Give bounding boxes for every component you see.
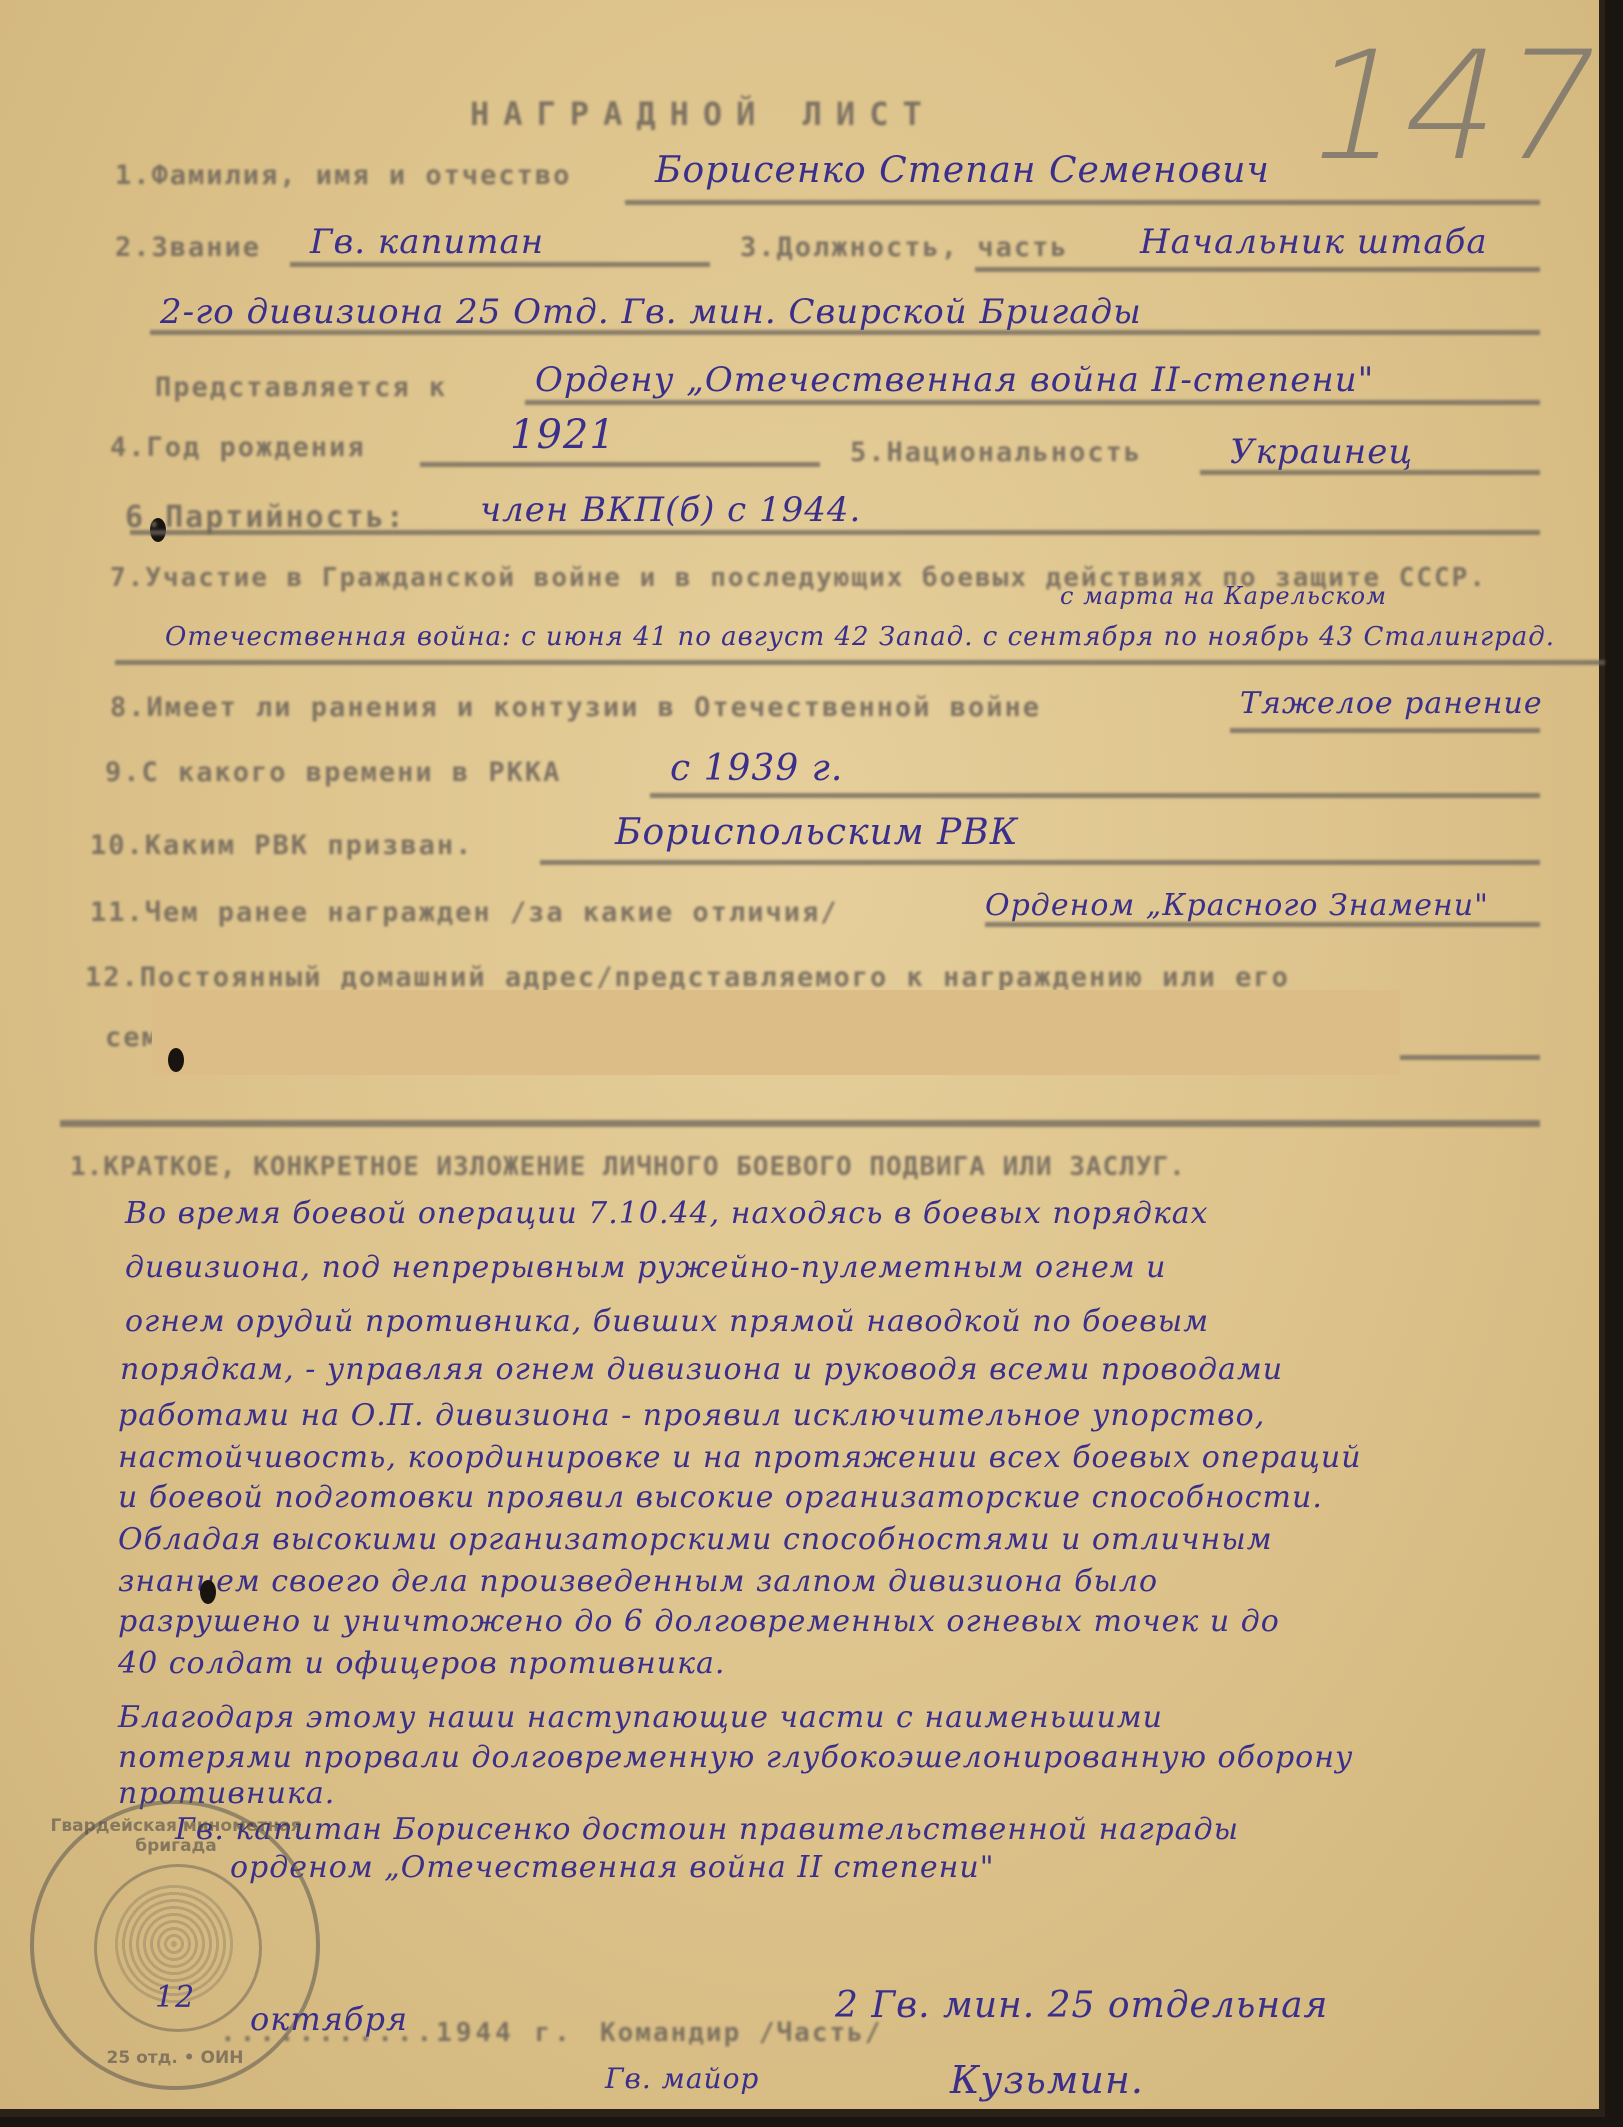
narrative-line: знанием своего дела произведенным залпом… — [118, 1564, 1158, 1599]
narrative-line: 40 солдат и офицеров противника. — [118, 1646, 725, 1681]
field-10-label: 10.Каким РВК призван. — [90, 830, 473, 861]
narrative-line: Гв. капитан Борисенко достоин правительс… — [175, 1812, 1239, 1847]
field-3-cont-rule — [150, 330, 1540, 335]
field-5-value: Украинец — [1230, 432, 1413, 472]
presented-rule — [525, 400, 1540, 405]
field-2-rule — [290, 262, 710, 267]
field-3-rule — [975, 267, 1540, 272]
narrative-line: настойчивость, координировке и на протяж… — [118, 1440, 1362, 1475]
field-6-rule — [130, 530, 1540, 535]
narrative-line: Благодаря этому наши наступающие части с… — [118, 1700, 1163, 1735]
field-8-value: Тяжелое ранение — [1240, 686, 1543, 721]
field-7-value: Отечественная война: с июня 41 по август… — [165, 622, 1555, 652]
narrative-line: разрушено и уничтожено до 6 долговременн… — [118, 1604, 1280, 1639]
commander-unit: 2 Гв. мин. 25 отдельная — [835, 1985, 1328, 2026]
punch-hole — [168, 1048, 184, 1072]
narrative-line: Обладая высокими организаторскими способ… — [118, 1522, 1273, 1557]
archive-number: 147 — [1292, 20, 1615, 194]
narrative-line: и боевой подготовки проявил высокие орга… — [118, 1480, 1323, 1515]
field-5-label: 5.Национальность — [850, 437, 1142, 468]
field-2-value: Гв. капитан — [310, 222, 544, 262]
date-day: 12 — [155, 1980, 195, 2015]
narrative-line: огнем орудий противника, бивших прямой н… — [125, 1304, 1209, 1339]
narrative-line: дивизиона, под непрерывным ружейно-пулем… — [125, 1250, 1166, 1285]
document-title: НАГРАДНОЙ ЛИСТ — [470, 95, 936, 133]
date-year-typed: ...........1944 г. — [220, 2018, 574, 2048]
field-5-rule — [1200, 470, 1540, 475]
narrative-line: работами на О.П. дивизиона - проявил иск… — [118, 1398, 1265, 1433]
narrative-line: потерями прорвали долговременную глубоко… — [118, 1740, 1353, 1775]
field-6-value: член ВКП(б) с 1944. — [480, 490, 861, 530]
field-12-rule — [1400, 1055, 1540, 1060]
stamp-text: Гвардейская минометная бригада — [44, 1816, 308, 1856]
section-separator — [60, 1120, 1540, 1127]
field-9-value: с 1939 г. — [670, 748, 843, 789]
field-10-value: Бориспольским РВК — [615, 812, 1019, 853]
award-sheet-page: 147 НАГРАДНОЙ ЛИСТ 1.Фамилия, имя и отче… — [0, 0, 1605, 2117]
field-4-rule — [420, 462, 820, 467]
field-3-value-cont: 2-го дивизиона 25 Отд. Гв. мин. Свирской… — [160, 292, 1142, 332]
field-10-rule — [540, 860, 1540, 865]
commander-rank: Гв. майор — [605, 2062, 759, 2095]
redacted-address — [152, 990, 1400, 1075]
narrative-line: порядкам, - управляя огнем дивизиона и р… — [120, 1352, 1283, 1387]
narrative-header: 1.КРАТКОЕ, КОНКРЕТНОЕ ИЗЛОЖЕНИЕ ЛИЧНОГО … — [70, 1152, 1186, 1182]
field-9-label: 9.С какого времени в РККА — [105, 757, 561, 788]
field-12-label: 12.Постоянный домашний адрес/представляе… — [85, 962, 1290, 993]
field-8-label: 8.Имеет ли ранения и контузии в Отечеств… — [110, 692, 1041, 723]
field-8-rule — [1230, 728, 1540, 733]
field-4-value: 1921 — [510, 412, 616, 458]
field-2-label: 2.Звание — [115, 232, 261, 263]
field-7-rule — [115, 660, 1605, 665]
narrative-line: орденом „Отечественная война II степени" — [230, 1850, 995, 1885]
field-3-value: Начальник штаба — [1140, 222, 1488, 262]
field-4-label: 4.Год рождения — [110, 432, 366, 463]
stamp-bottom-text: 25 отд. • ОИН — [34, 2048, 316, 2068]
commander-signature: Кузьмин. — [950, 2058, 1144, 2102]
field-3-label: 3.Должность, часть — [740, 232, 1069, 263]
punch-hole — [200, 1580, 216, 1604]
field-9-rule — [650, 793, 1540, 798]
narrative-line: Во время боевой операции 7.10.44, находя… — [125, 1196, 1209, 1231]
field-11-value: Орденом „Красного Знамени" — [985, 888, 1489, 923]
field-1-rule — [625, 200, 1540, 205]
field-1-value: Борисенко Степан Семенович — [655, 150, 1270, 191]
field-11-rule — [985, 922, 1540, 927]
presented-value: Ордену „Отечественная война II-степени" — [535, 360, 1374, 400]
field-1-label: 1.Фамилия, имя и отчество — [115, 160, 571, 191]
field-7-value-above: с марта на Карельском — [1060, 582, 1387, 610]
presented-label: Представляется к — [155, 372, 447, 403]
field-11-label: 11.Чем ранее награжден /за какие отличия… — [90, 897, 838, 928]
